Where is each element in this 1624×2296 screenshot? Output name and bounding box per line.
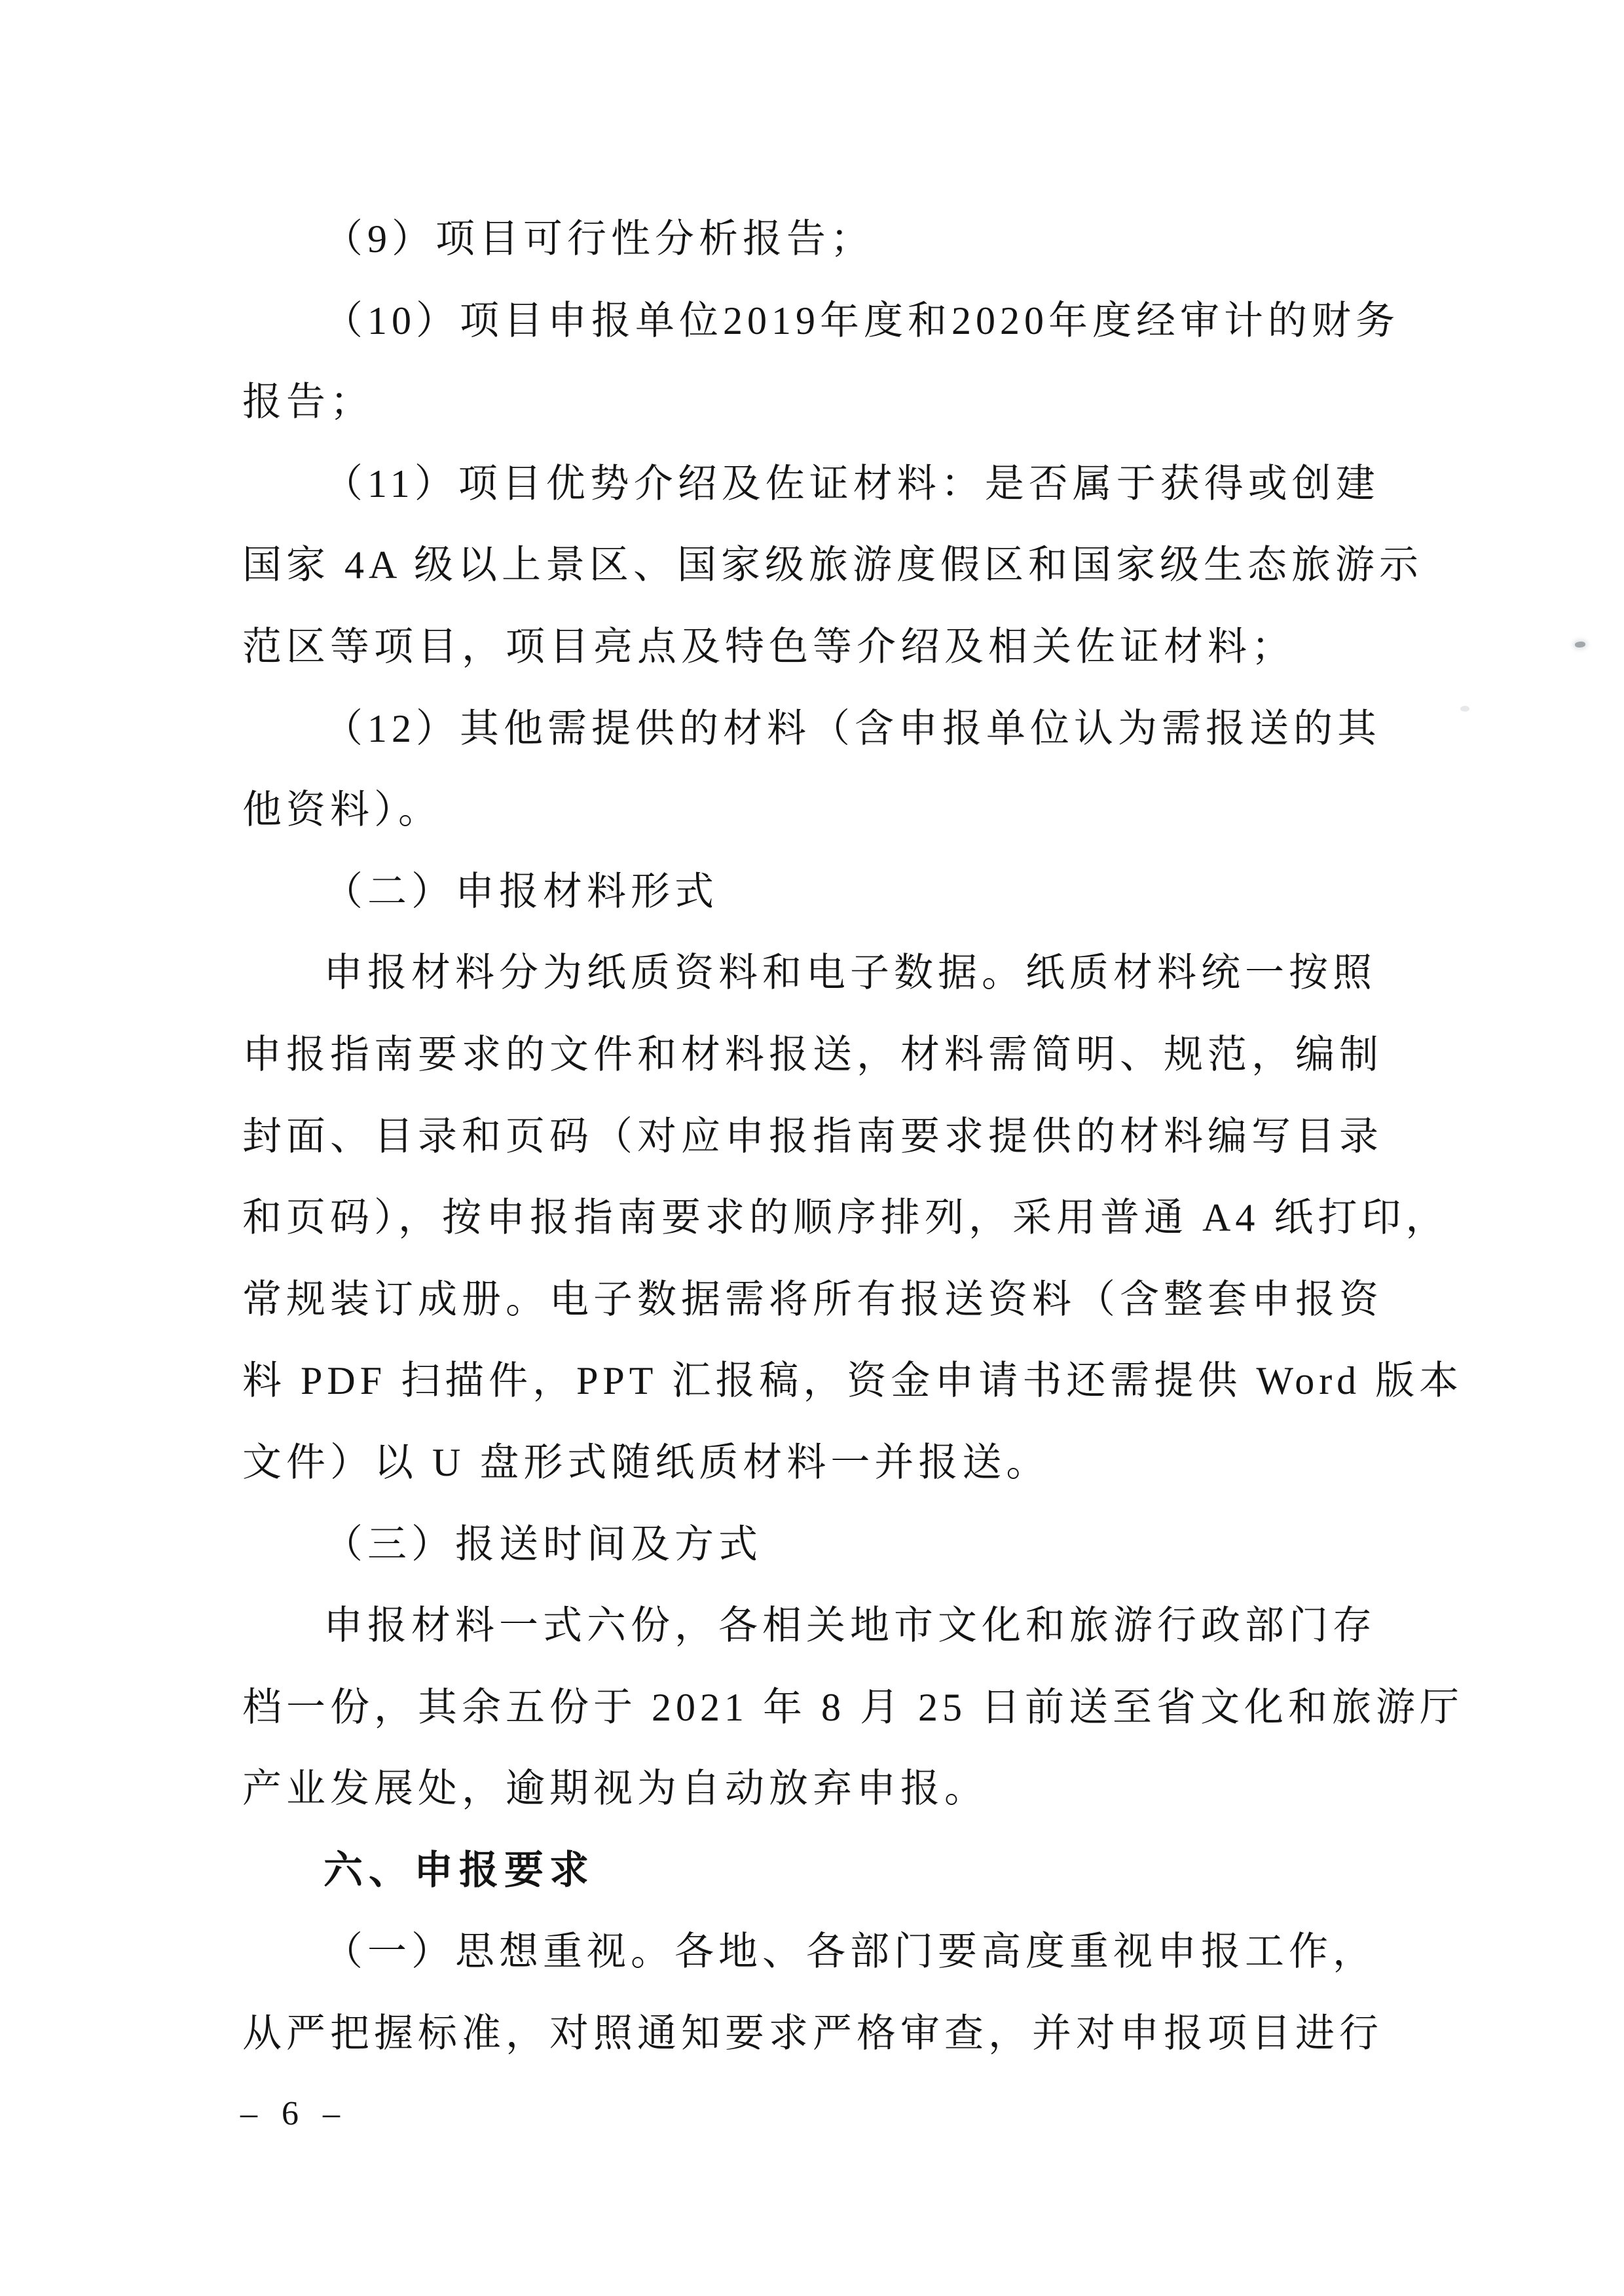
document-line: 产业发展处，逾期视为自动放弃申报。 [242, 1748, 1395, 1830]
document-line: （11）项目优势介绍及佐证材料：是否属于获得或创建 [242, 443, 1395, 525]
scan-artifact [1460, 706, 1469, 712]
document-line: 文件）以 U 盘形式随纸质材料一并报送。 [242, 1422, 1395, 1504]
document-section-subheading: （二）申报材料形式 [242, 851, 1395, 933]
document-line: （一）思想重视。各地、各部门要高度重视申报工作， [242, 1911, 1395, 1993]
document-line: 他资料）。 [242, 769, 1395, 851]
document-line: 国家 4A 级以上景区、国家级旅游度假区和国家级生态旅游示 [242, 524, 1395, 606]
document-line: 申报材料分为纸质资料和电子数据。纸质材料统一按照 [242, 932, 1395, 1014]
document-line: 封面、目录和页码（对应申报指南要求提供的材料编写目录 [242, 1096, 1395, 1178]
document-line: 报告； [242, 361, 1395, 443]
document-page: （9）项目可行性分析报告； （10）项目申报单位2019年度和2020年度经审计… [0, 0, 1624, 2296]
page-number: – 6 – [240, 2092, 348, 2136]
document-line: 和页码），按申报指南要求的顺序排列，采用普通 A4 纸打印， [242, 1177, 1395, 1259]
document-line: 料 PDF 扫描件，PPT 汇报稿，资金申请书还需提供 Word 版本 [242, 1340, 1395, 1422]
document-line: （9）项目可行性分析报告； [242, 198, 1395, 280]
document-section-heading: 六、申报要求 [242, 1830, 1395, 1912]
document-line: （10）项目申报单位2019年度和2020年度经审计的财务 [242, 280, 1395, 362]
document-section-subheading: （三）报送时间及方式 [242, 1504, 1395, 1586]
document-line: 档一份，其余五份于 2021 年 8 月 25 日前送至省文化和旅游厅 [242, 1667, 1395, 1749]
document-line: 从严把握标准，对照通知要求严格审查，并对申报项目进行 [242, 1993, 1395, 2075]
document-line: 常规装订成册。电子数据需将所有报送资料（含整套申报资 [242, 1259, 1395, 1341]
document-line: （12）其他需提供的材料（含申报单位认为需报送的其 [242, 688, 1395, 770]
document-line: 范区等项目，项目亮点及特色等介绍及相关佐证材料； [242, 606, 1395, 688]
document-body: （9）项目可行性分析报告； （10）项目申报单位2019年度和2020年度经审计… [242, 198, 1395, 2075]
scan-artifact [1575, 641, 1586, 647]
document-line: 申报材料一式六份，各相关地市文化和旅游行政部门存 [242, 1585, 1395, 1667]
document-line: 申报指南要求的文件和材料报送，材料需简明、规范，编制 [242, 1014, 1395, 1096]
